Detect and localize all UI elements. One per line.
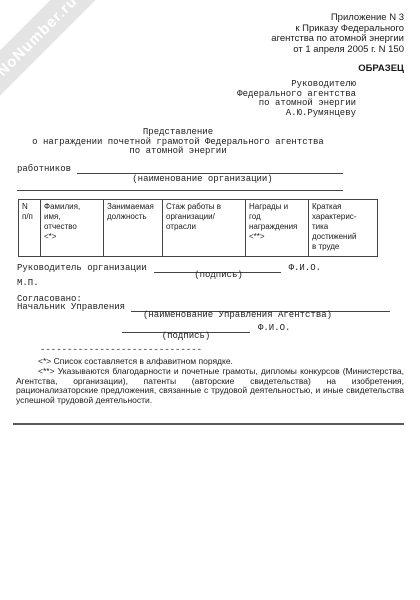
head-role-label: Руководитель организации xyxy=(17,264,147,274)
col-header-achievements: Краткая характерис- тика достижений в тр… xyxy=(309,200,378,257)
document-title: Представление о награждении почетной гра… xyxy=(0,128,356,157)
col-header-number: N п/п xyxy=(19,200,41,257)
footnote-2: <**> Указываются благодарности и почетны… xyxy=(16,367,404,406)
appendix-line: агентства по атомной энергии xyxy=(271,34,404,45)
workers-row: работников xyxy=(17,163,343,174)
chief-department-caption: (наименование Управления Агентства) xyxy=(115,311,360,321)
appendix-line: Приложение N 3 xyxy=(271,13,404,24)
chief-role-label: Начальник Управления xyxy=(17,303,125,313)
col-header-experience: Стаж работы в организации/ отрасли xyxy=(163,200,246,257)
chief-fio-label: Ф.И.О. xyxy=(258,324,290,334)
organization-name-fill-line xyxy=(77,163,343,174)
sample-label: ОБРАЗЕЦ xyxy=(271,64,404,75)
head-sign-caption: (подпись) xyxy=(155,271,282,281)
head-fio-label: Ф.И.О. xyxy=(289,264,321,274)
addressee-block: Руководителю Федерального агентства по а… xyxy=(237,80,356,118)
appendix-line: от 1 апреля 2005 г. N 150 xyxy=(271,45,404,56)
awards-table: N п/п Фамилия, имя, отчество <*> Занимае… xyxy=(18,199,378,257)
organization-fill-line-2 xyxy=(17,181,343,191)
addressee-line: А.Ю.Румянцеву xyxy=(237,109,356,119)
col-header-awards: Награды и год награждения <**> xyxy=(246,200,309,257)
document-page: NoNumber.ru Приложение N 3 к Приказу Фед… xyxy=(0,0,420,600)
watermark-band: NoNumber.ru xyxy=(0,0,119,118)
chief-sign-caption: (подпись) xyxy=(122,332,250,342)
footnotes-block: <*> Список составляется в алфавитном пор… xyxy=(16,357,404,406)
col-header-name: Фамилия, имя, отчество <*> xyxy=(41,200,104,257)
bottom-horizontal-rule xyxy=(13,423,404,425)
watermark-text: NoNumber.ru xyxy=(0,0,80,79)
appendix-block: Приложение N 3 к Приказу Федерального аг… xyxy=(271,13,404,75)
title-line: по атомной энергии xyxy=(0,147,356,157)
table-header-row: N п/п Фамилия, имя, отчество <*> Занимае… xyxy=(19,200,378,257)
stamp-label: М.П. xyxy=(17,279,39,289)
col-header-position: Занимаемая должность xyxy=(104,200,163,257)
workers-label: работников xyxy=(17,165,71,175)
footnote-separator: ------------------------------ xyxy=(40,346,202,356)
